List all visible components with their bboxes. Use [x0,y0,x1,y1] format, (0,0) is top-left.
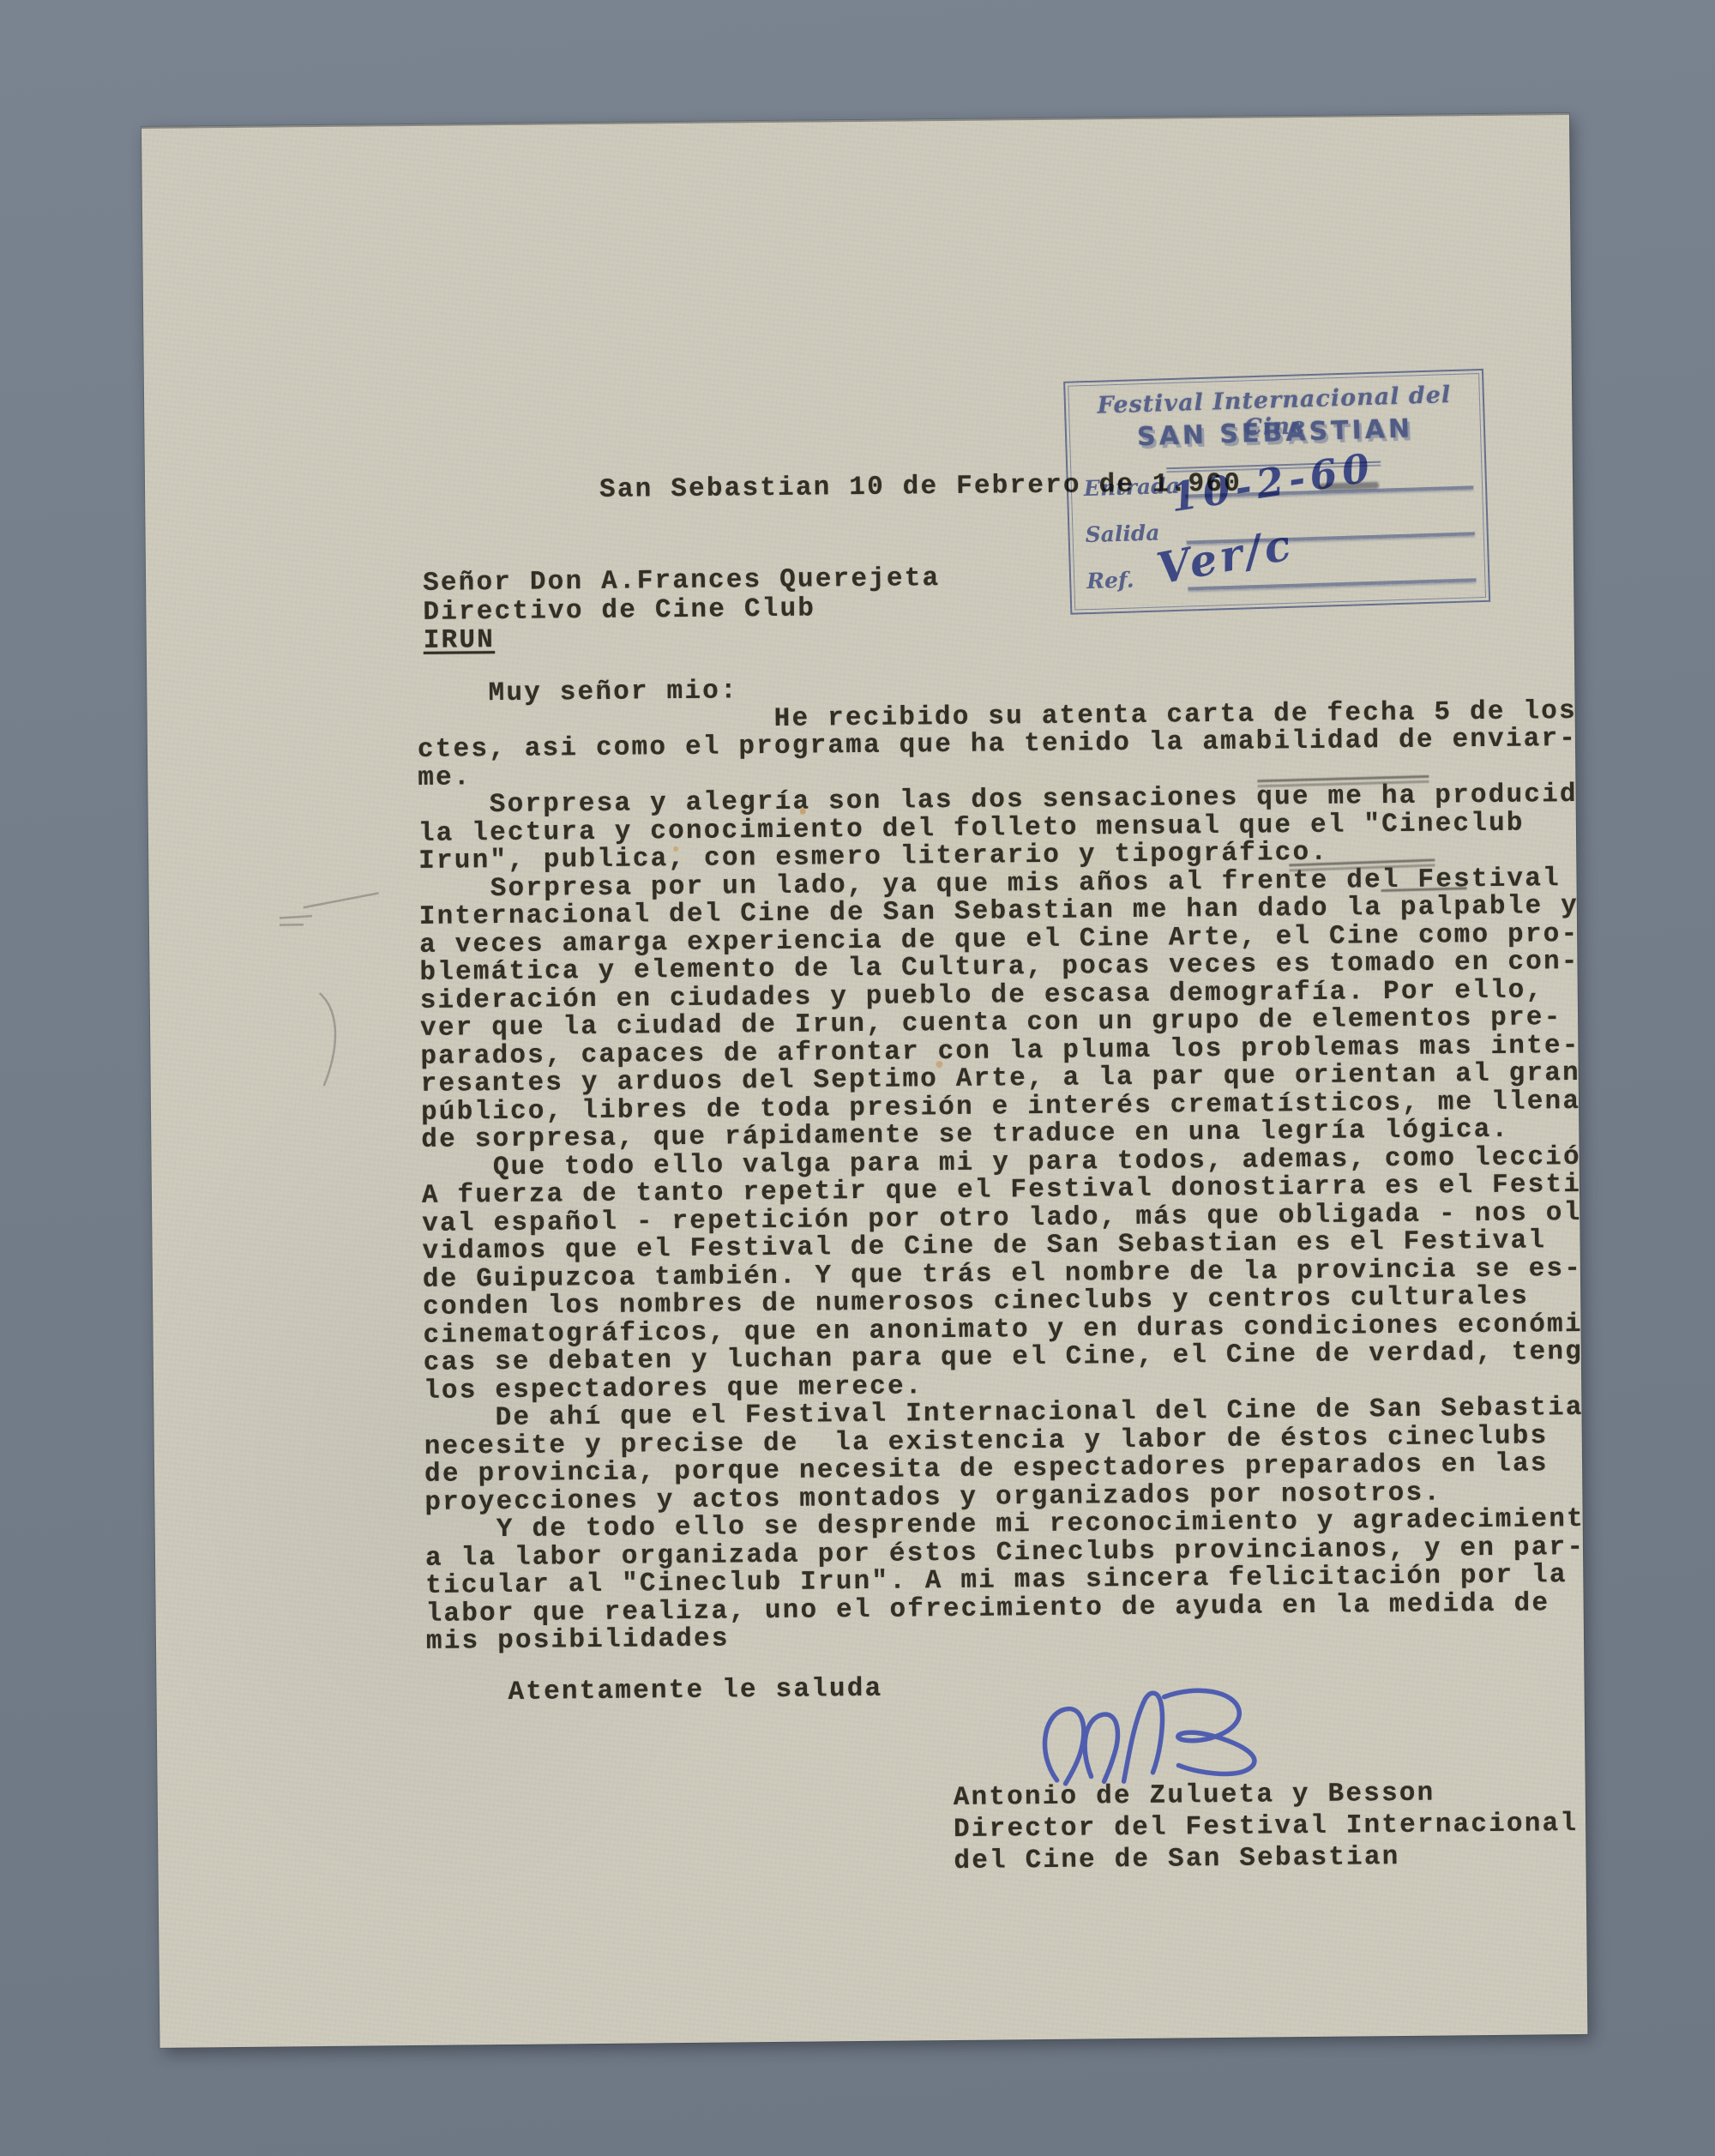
recipient-block: Señor Don A.Frances Querejeta Directivo … [423,564,941,655]
closing-line: Atentamente le saluda [508,1674,882,1707]
letter-body: Muy señor mio: He recibido su atenta car… [417,670,1587,1657]
pencil-marks [277,881,399,1105]
date-line: San Sebastian 10 de Febrero de 1.960 [599,469,1242,505]
letter-paper: Festival Internacional del Cine SAN SEBA… [141,113,1587,2048]
signature-scribble [1027,1685,1337,1816]
scanned-letter-page: { "colors":{ "page-bg":"#747e8a", "paper… [0,0,1715,2156]
recipient-city: IRUN [424,622,942,655]
recipient-name: Señor Don A.Frances Querejeta [423,564,941,598]
signer-title-line2: del Cine de San Sebastian [954,1840,1578,1877]
